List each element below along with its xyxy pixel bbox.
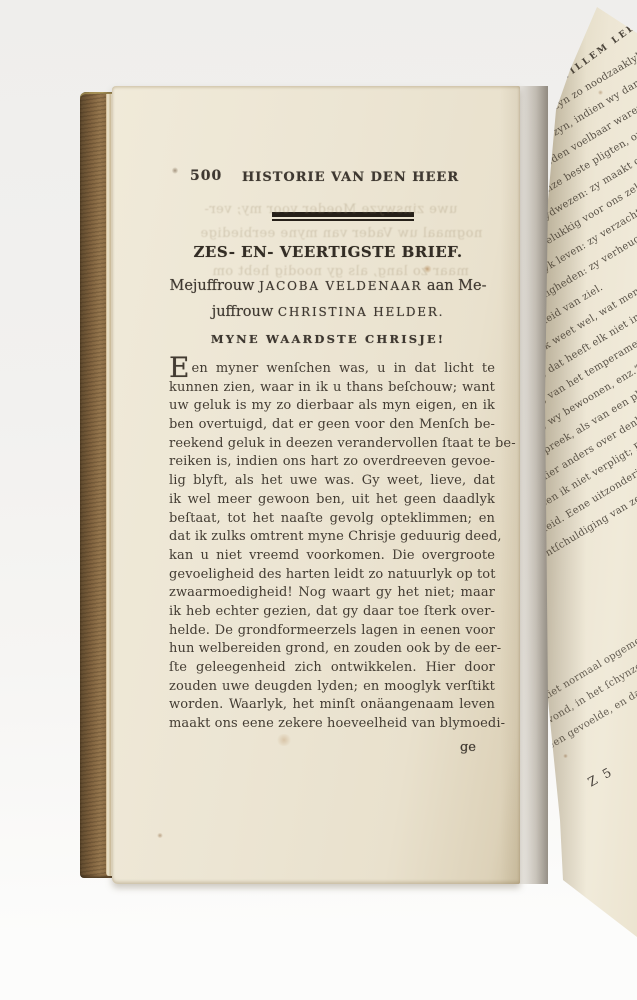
body-line: ben overtuigd, dat er geen voor den Menſ… [169, 416, 495, 435]
body-line: worden. Waarlyk, het minſt onäangenaam l… [169, 696, 495, 715]
running-title: HISTORIE VAN DEN HEER [242, 170, 459, 185]
body-line: ſte geleegenheid zich ontwikkelen. Hier … [169, 659, 495, 678]
left-page: 500 HISTORIE VAN DEN HEER uwe zinswyze M… [112, 86, 520, 884]
body-line: uw geluk is my zo dierbaar als myn eigen… [169, 397, 495, 416]
body-line: zouden uwe deugden lyden; en mooglyk ver… [169, 678, 495, 697]
right-page-text-line: heid van ziel. [538, 282, 605, 328]
gutter-shadow [500, 86, 548, 884]
addressee-post: aan Me- [422, 278, 486, 294]
body-paragraph: Een myner wenſchen was, u in dat licht t… [169, 360, 495, 734]
salutation: MYNE WAARDSTE CHRISJE! [160, 332, 496, 346]
body-line: reekend geluk in deezen verandervollen ſ… [169, 435, 495, 454]
addressee-pre: Mejuffrouw [169, 278, 259, 294]
showthrough-text: maar zo lang, als gy noodig hebt om [212, 264, 469, 279]
right-page-text-line: ſpreek, als van een pligt, zo bly [538, 362, 637, 458]
body-line: dat ik zulks omtrent myne Chrisje geduur… [169, 528, 495, 547]
body-line-text: en myner wenſchen was, u in dat licht te [192, 361, 495, 376]
showthrough-text: nogmaal uw Vader van myne eerbiedige [200, 226, 482, 241]
right-page-text-line: „ wy bewoonen, enz.” Vermids ik [538, 332, 637, 432]
addressee-line-2: juffrouw CHRISTINA HELDER. [160, 304, 496, 320]
body-line: Een myner wenſchen was, u in dat licht t… [169, 360, 495, 379]
body-line: helde. De grondformeerzels lagen in eene… [169, 622, 495, 641]
page-number: 500 [190, 168, 222, 184]
right-page-text-line: tydwezen: zy maakt ons dankbaar en [538, 113, 637, 224]
right-page-text-line: gelukkig voor ons zelf, en de Lief [538, 149, 637, 250]
right-page-text-line: lyk leven: zy verzacht alle zwaar [538, 177, 637, 276]
right-page-text-line: „ van het temperament —— van [538, 309, 637, 406]
body-line: maakt ons eene zekere hoeveelheid van bl… [169, 715, 495, 734]
right-page-text-line: hier anders over denk; waar toe he [538, 378, 637, 484]
right-page-text-line: geen gevoelde, en dat myne [540, 669, 637, 756]
right-page-text-line: heid. Eene uitzondering maak [538, 444, 637, 536]
right-page-text-line: er zyn, indien wy dan van in de [538, 51, 637, 147]
right-page: WILLEM LEEVEND. zy zyn zo noodzaaklyk. W… [545, 5, 637, 945]
letter-heading: ZES- EN- VEERTIGSTE BRIEF. [160, 243, 496, 261]
right-page-text-line: heden voelbaar waren! Het is [538, 81, 637, 172]
showthrough-text: uwe zinswyze Moeder voor my; ver- [204, 202, 457, 217]
right-page-text-line: avond, in het ſchynzel d [540, 654, 637, 729]
body-line: beſtaat, tot het naaſte gevolg opteklimm… [169, 510, 495, 529]
addressee-name: JACOBA VELDENAAR [259, 279, 422, 293]
signature-mark: Z 5 [585, 763, 616, 789]
body-line: kunnen zien, waar in ik u thans beſchouw… [169, 379, 495, 398]
body-line: zwaarmoedigheid! Nog waart gy het niet; … [169, 584, 495, 603]
body-line: ik wel meer gewoon ben, uit het geen daa… [169, 491, 495, 510]
right-page-text-line: niet normaal opgemerkt [540, 627, 637, 703]
addressee-line-1: Mejuffrouw JACOBA VELDENAAR aan Me- [160, 278, 496, 294]
book-photo: 500 HISTORIE VAN DEN HEER uwe zinswyze M… [0, 0, 637, 1000]
right-page-text-line: „ dat heeft elk niet in zyne magt; [538, 280, 637, 381]
right-page-text-line: nigheden: zy verheugen zich pas opge [538, 187, 637, 302]
right-page-text-line: onze beste pligten, onze ſtille blymoed [538, 82, 637, 198]
body-line: ik heb echter gezien, dat gy daar toe ſt… [169, 603, 495, 622]
addressee-name: CHRISTINA HELDER. [278, 305, 444, 319]
catchword: ge [412, 740, 476, 755]
right-page-text-line: zy zyn zo noodzaaklyk. Wat, deel [538, 21, 637, 121]
body-line: reiken is, indien ons hart zo overdreeve… [169, 453, 495, 472]
addressee-pre: juffrouw [212, 304, 278, 320]
right-page-text-line: Ik weet wel, wat men hier tegen [538, 256, 637, 355]
rule-thin-bar [272, 219, 414, 221]
body-line: hun welbereiden grond, en zouden ook by … [169, 640, 495, 659]
body-line: kan u niet vreemd voorkomen. Die overgro… [169, 547, 495, 566]
body-line: gevoeligheid des harten leidt zo natuurl… [169, 566, 495, 585]
right-page-text-line: ontſchuldiging van zeker ſlag van z [538, 456, 637, 563]
right-page-text-line: ben ik niet verpligt; En is eene b [538, 410, 637, 510]
body-line: lig blyft, als het uwe was. Gy weet, lie… [169, 472, 495, 491]
right-page-running-title: WILLEM LEEVEND. [558, 0, 637, 84]
